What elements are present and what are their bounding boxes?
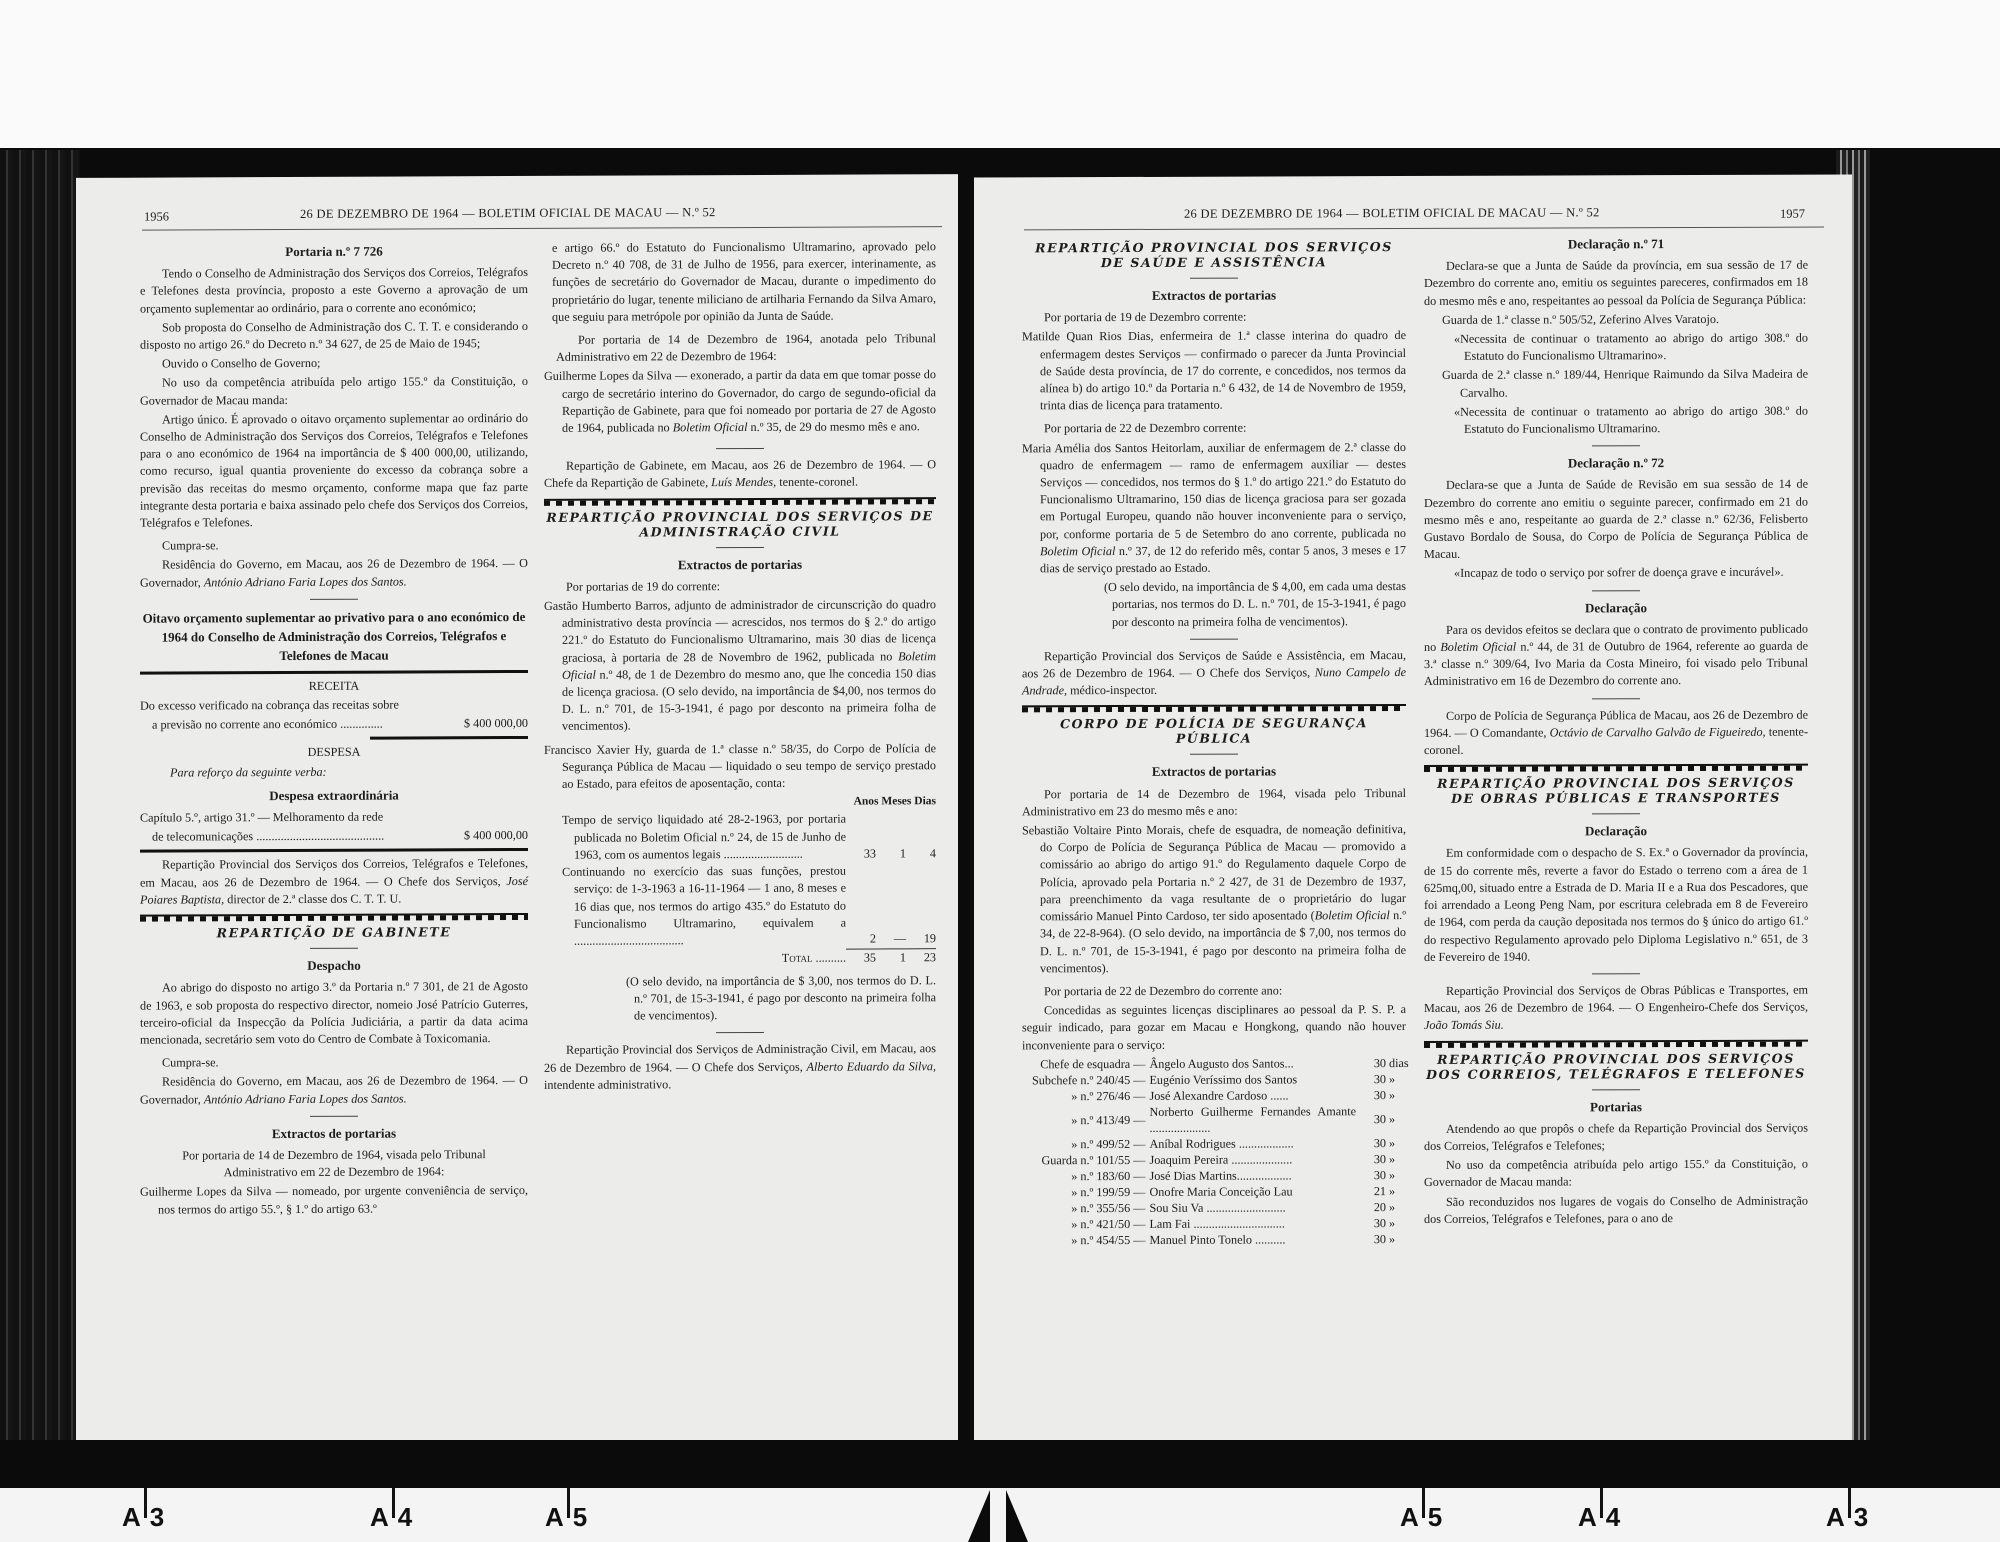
section-heading: REPARTIÇÃO PROVINCIAL DOS SERVIÇOS DE OB… (1424, 775, 1808, 806)
frame-mark: A4 (1578, 1498, 1620, 1533)
licence-row: » n.º 454/55 —Manuel Pinto Tonelo ......… (1032, 1231, 1416, 1248)
licence-row: Guarda n.º 101/55 —Joaquim Pereira .....… (1032, 1151, 1416, 1168)
paragraph: Concedidas as seguintes licenças discipl… (1022, 1001, 1406, 1054)
right-page-column-2: Declaração n.º 71 Declara-se que a Junta… (1424, 235, 1808, 1230)
quote: «Incapaz de todo o serviço por sofrer de… (1424, 564, 1808, 583)
paragraph: Artigo único. É aprovado o oitavo orçame… (140, 410, 528, 532)
paragraph: Por portaria de 14 de Dezembro de 1964, … (1022, 785, 1406, 821)
running-head: 26 DE DEZEMBRO DE 1964 — BOLETIM OFICIAL… (1184, 205, 1600, 221)
left-page: 1956 26 DE DEZEMBRO DE 1964 — BOLETIM OF… (76, 174, 964, 1444)
paragraph: Cumpra-se. (140, 536, 528, 555)
right-page: 26 DE DEZEMBRO DE 1964 — BOLETIM OFICIAL… (972, 174, 1852, 1443)
despesa-intro: Para reforço da seguinte verba: (170, 765, 327, 780)
signature-block: Residência do Governo, em Macau, aos 26 … (140, 555, 528, 591)
signature-block: Repartição Provincial dos Serviços de Ob… (1424, 982, 1808, 1035)
left-page-column-2: e artigo 66.º do Estatuto do Funcionalis… (544, 238, 936, 1096)
section-divider (1424, 764, 1808, 772)
film-notch-right (1006, 1490, 1028, 1542)
table-row: Continuando no exercício das suas funçõe… (544, 862, 936, 950)
paragraph: Sebastião Voltaire Pinto Morais, chefe d… (1022, 821, 1406, 977)
paragraph: e artigo 66.º do Estatuto do Funcionalis… (544, 238, 936, 326)
paragraph: Declara-se que a Junta de Saúde de Revis… (1424, 476, 1808, 563)
extractos-title: Extractos de portarias (1022, 762, 1406, 781)
paragraph: Por portaria de 22 de Dezembro do corren… (1022, 982, 1406, 1001)
portarias-title: Portarias (1424, 1097, 1808, 1116)
paragraph: Tendo o Conselho de Administração dos Se… (140, 264, 528, 317)
section-divider (544, 497, 936, 506)
film-margin-bottom (0, 1488, 2000, 1542)
licence-row: Subchefe n.º 240/45 —Eugénio Veríssimo d… (1032, 1071, 1416, 1088)
paragraph: Guilherme Lopes da Silva — exonerado, a … (544, 367, 936, 438)
budget-title: Oitavo orçamento suplementar ao privativ… (140, 607, 528, 666)
signature-block: Corpo de Polícia de Segurança Pública de… (1424, 706, 1808, 759)
book-edge-left (0, 150, 80, 1450)
declaration-title: Declaração n.º 72 (1424, 454, 1808, 473)
extractos-title: Extractos de portarias (140, 1124, 528, 1143)
paragraph: Ao abrigo do disposto no artigo 3.º da P… (140, 978, 528, 1049)
extractos-title: Extractos de portarias (544, 555, 936, 574)
signature-block: Repartição Provincial dos Serviços de Sa… (1022, 647, 1406, 700)
paragraph: Sob proposta do Conselho de Administraçã… (140, 318, 528, 354)
paragraph: Cumpra-se. (140, 1053, 528, 1072)
licence-row: » n.º 413/49 —Norberto Guilherme Fernand… (1032, 1103, 1416, 1136)
paragraph: No uso da competência atribuída pelo art… (1424, 1156, 1808, 1192)
receita-row: a previsão no corrente ano económico ...… (140, 715, 528, 734)
extractos-title: Extractos de portarias (1022, 286, 1406, 305)
paragraph: Em conformidade com o despacho de S. Ex.… (1424, 844, 1808, 966)
licence-row: » n.º 199/59 —Onofre Maria Conceição Lau… (1032, 1183, 1416, 1200)
signature-block: Residência do Governo, em Macau, aos 26 … (140, 1072, 528, 1108)
section-heading: REPARTIÇÃO PROVINCIAL DOS SERVIÇOS DOS C… (1424, 1050, 1808, 1081)
table-total-row: Total .......... 35 1 23 (544, 948, 936, 967)
paragraph: (O selo devido, na importância de $ 4,00… (1022, 578, 1406, 631)
left-page-column-1: Portaria n.º 7 726 Tendo o Conselho de A… (140, 236, 528, 1220)
film-top-margin (0, 0, 2000, 150)
paragraph: Francisco Xavier Hy, guarda de 1.ª class… (544, 740, 936, 793)
quote: «Necessita de continuar o tratamento ao … (1424, 330, 1808, 366)
despesa-row: de telecomunicações ....................… (140, 827, 528, 846)
paragraph: Por portaria de 14 de Dezembro de 1964, … (140, 1146, 528, 1182)
budget-line: Do excesso verificado na cobrança das re… (140, 696, 528, 715)
licences-table: Chefe de esquadra —Ângelo Augusto dos Sa… (1032, 1055, 1416, 1248)
despacho-title: Despacho (140, 956, 528, 975)
frame-mark: A4 (370, 1498, 412, 1533)
paragraph: Atendendo ao que propôs o chefe da Repar… (1424, 1119, 1808, 1155)
despesa-subtitle: Despesa extraordinária (140, 786, 528, 805)
running-head: 26 DE DEZEMBRO DE 1964 — BOLETIM OFICIAL… (300, 205, 716, 222)
paragraph: Guilherme Lopes da Silva — nomeado, por … (140, 1182, 528, 1218)
paragraph: Guarda de 1.ª classe n.º 505/52, Zeferin… (1424, 310, 1808, 329)
paragraph: Matilde Quan Rios Dias, enfermeira de 1.… (1022, 327, 1406, 414)
section-heading: REPARTIÇÃO PROVINCIAL DOS SERVIÇOS DE SA… (1022, 239, 1406, 270)
section-divider (140, 913, 528, 922)
paragraph: (O selo devido, na importância de $ 3,00… (544, 972, 936, 1025)
licence-row: » n.º 276/46 —José Alexandre Cardoso ...… (1032, 1087, 1416, 1104)
frame-mark: A5 (1400, 1498, 1442, 1533)
despesa-amount: $ 400 000,00 (464, 827, 528, 844)
page-number: 1957 (1780, 207, 1805, 222)
licence-row: » n.º 355/56 —Sou Siu Va ...............… (1032, 1199, 1416, 1216)
frame-mark: A3 (122, 1498, 164, 1533)
section-heading: REPARTIÇÃO DE GABINETE (140, 924, 528, 941)
despesa-label: DESPESA (140, 743, 528, 762)
film-band-bottom (0, 1440, 2000, 1490)
licence-row: » n.º 421/50 —Lam Fai ..................… (1032, 1215, 1416, 1232)
right-page-column-1: REPARTIÇÃO PROVINCIAL DOS SERVIÇOS DE SA… (1022, 236, 1406, 1248)
service-time-table: Anos Meses Dias Tempo de serviço liquida… (544, 793, 936, 967)
portaria-title: Portaria n.º 7 726 (140, 242, 528, 261)
section-divider (1022, 704, 1406, 712)
paragraph: Gastão Humberto Barros, adjunto de admin… (544, 596, 936, 735)
paragraph: Para os devidos efeitos se declara que o… (1424, 620, 1808, 690)
film-notch-left (968, 1490, 990, 1542)
declaration-title: Declaração n.º 71 (1424, 235, 1808, 254)
signature-block: Repartição Provincial dos Serviços de Ad… (544, 1041, 936, 1094)
paragraph: Por portarias de 19 do corrente: (544, 577, 936, 596)
paragraph: Por portaria de 19 de Dezembro corrente: (1022, 308, 1406, 327)
receita-amount: $ 400 000,00 (464, 715, 528, 732)
quote: «Necessita de continuar o tratamento ao … (1424, 402, 1808, 438)
paragraph: Por portaria de 14 de Dezembro de 1964, … (544, 330, 936, 366)
licence-row: » n.º 499/52 —Aníbal Rodrigues .........… (1032, 1135, 1416, 1152)
book-gutter (958, 150, 974, 1460)
paragraph: No uso da competência atribuída pelo art… (140, 373, 528, 409)
budget-line: Capítulo 5.º, artigo 31.º — Melhoramento… (140, 808, 528, 827)
signature-block: Repartição de Gabinete, em Macau, aos 26… (544, 456, 936, 492)
paragraph: Guarda de 2.ª classe n.º 189/44, Henriqu… (1424, 366, 1808, 402)
frame-mark: A3 (1826, 1498, 1868, 1533)
table-row: Tempo de serviço liquidado até 28-2-1963… (544, 811, 936, 864)
paragraph: São reconduzidos nos lugares de vogais d… (1424, 1192, 1808, 1228)
paragraph: Declara-se que a Junta de Saúde da proví… (1424, 257, 1808, 310)
page-number: 1956 (144, 210, 169, 225)
frame-mark: A5 (545, 1498, 587, 1533)
licence-row: Chefe de esquadra —Ângelo Augusto dos Sa… (1032, 1055, 1416, 1072)
receita-label: RECEITA (140, 677, 528, 696)
declaration-title: Declaração (1424, 598, 1808, 617)
signature-block: Repartição Provincial dos Serviços dos C… (140, 855, 528, 908)
section-divider (1424, 1039, 1808, 1047)
section-heading: CORPO DE POLÍCIA DE SEGURANÇA PÚBLICA (1022, 715, 1406, 746)
paragraph: Maria Amélia dos Santos Heitorlam, auxil… (1022, 439, 1406, 578)
paragraph: Ouvido o Conselho de Governo; (140, 354, 528, 373)
licence-row: » n.º 183/60 —José Dias Martins.........… (1032, 1167, 1416, 1184)
paragraph: Por portaria de 22 de Dezembro corrente: (1022, 419, 1406, 438)
section-heading: REPARTIÇÃO PROVINCIAL DOS SERVIÇOS DE AD… (544, 508, 936, 540)
declaration-title: Declaração (1424, 822, 1808, 841)
